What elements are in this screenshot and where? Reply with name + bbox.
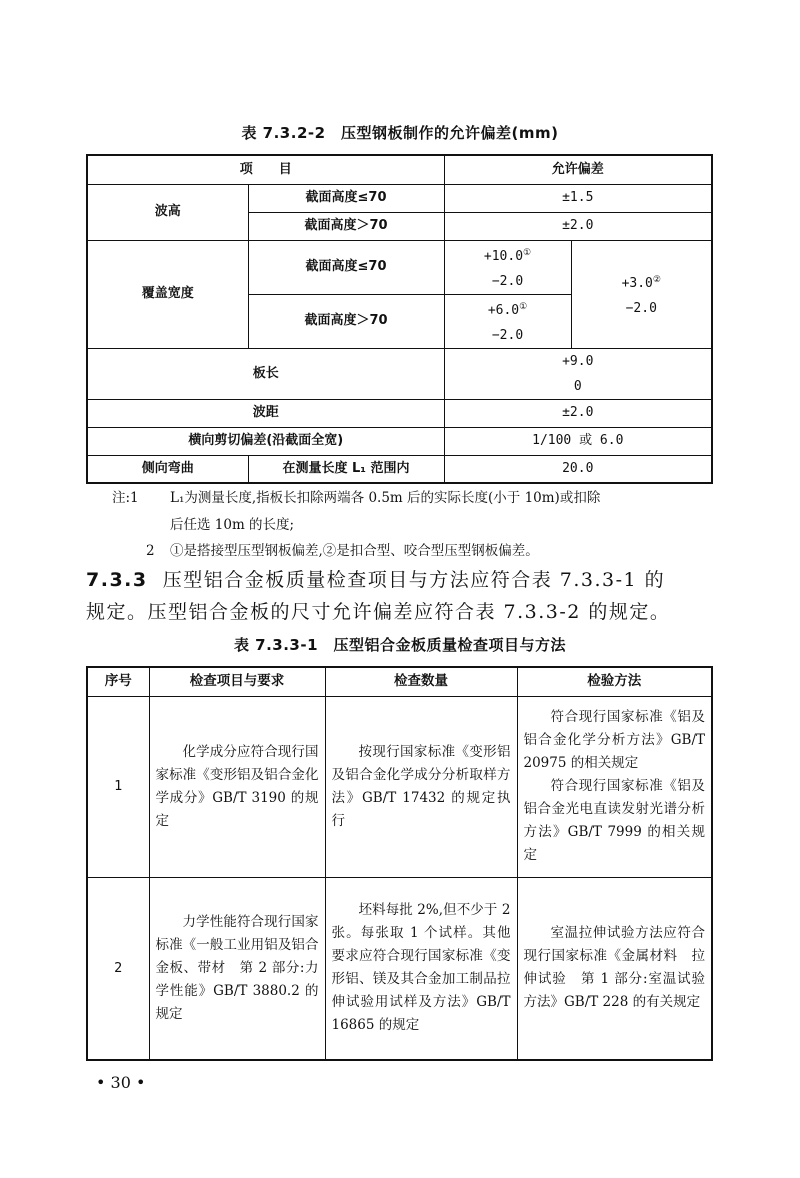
header-tolerance: 允许偏差 xyxy=(444,155,712,184)
page-number: • 30 • xyxy=(96,1073,145,1092)
row-quantity: 坯料每批 2%,但不少于 2 张。每张取 1 个试样。其他要求应符合现行国家标准… xyxy=(325,877,517,1060)
steel-plate-tolerance-table: 项 目 允许偏差 波高 截面高度≤70 ±1.5 截面高度＞70 ±2.0 覆盖… xyxy=(86,154,713,484)
section-7-3-3-line2: 规定。压型铝合金板的尺寸允许偏差应符合表 7.3.3-2 的规定。 xyxy=(86,596,716,628)
header-quantity: 检查数量 xyxy=(325,667,517,696)
wave-height-val2: ±2.0 xyxy=(444,212,712,240)
header-method: 检验方法 xyxy=(517,667,712,696)
wave-pitch-label: 波距 xyxy=(87,399,444,427)
wave-height-sub2: 截面高度＞70 xyxy=(248,212,444,240)
wave-height-sub1: 截面高度≤70 xyxy=(248,184,444,212)
table1-caption: 表 7.3.2-2 压型钢板制作的允许偏差(mm) xyxy=(0,122,800,143)
side-bend-val: 20.0 xyxy=(444,455,712,483)
header-item: 检查项目与要求 xyxy=(149,667,325,696)
wave-height-label: 波高 xyxy=(87,184,248,240)
table-row: 侧向弯曲 在测量长度 L₁ 范围内 20.0 xyxy=(87,455,712,483)
side-bend-sub: 在测量长度 L₁ 范围内 xyxy=(248,455,444,483)
side-bend-label: 侧向弯曲 xyxy=(87,455,248,483)
row-method: 符合现行国家标准《铝及铝合金化学分析方法》GB/T 20975 的相关规定 符合… xyxy=(517,696,712,877)
cover-width-val1: +10.0① −2.0 xyxy=(444,240,571,294)
row-item: 化学成分应符合现行国家标准《变形铝及铝合金化学成分》GB/T 3190 的规定 xyxy=(149,696,325,877)
table-header-row: 项 目 允许偏差 xyxy=(87,155,712,184)
table-row: 波距 ±2.0 xyxy=(87,399,712,427)
row-no: 2 xyxy=(87,877,149,1060)
row-method: 室温拉伸试验方法应符合现行国家标准《金属材料 拉伸试验 第 1 部分:室温试验方… xyxy=(517,877,712,1060)
row-item: 力学性能符合现行国家标准《一般工业用铝及铝合金板、带材 第 2 部分:力学性能》… xyxy=(149,877,325,1060)
cover-width-label: 覆盖宽度 xyxy=(87,240,248,348)
table2-caption: 表 7.3.3-1 压型铝合金板质量检查项目与方法 xyxy=(0,634,800,655)
note-1-line2: 后任选 10m 的长度; xyxy=(170,512,294,539)
cover-width-right-val: +3.0② −2.0 xyxy=(571,240,712,348)
row-quantity: 按现行国家标准《变形铝及铝合金化学成分分析取样方法》GB/T 17432 的规定… xyxy=(325,696,517,877)
header-no: 序号 xyxy=(87,667,149,696)
plate-length-val: +9.0 0 xyxy=(444,348,712,399)
plate-length-label: 板长 xyxy=(87,348,444,399)
row-no: 1 xyxy=(87,696,149,877)
aluminum-plate-inspection-table: 序号 检查项目与要求 检查数量 检验方法 1 化学成分应符合现行国家标准《变形铝… xyxy=(86,666,713,1061)
section-number: 7.3.3 xyxy=(86,569,148,591)
cover-width-sub1: 截面高度≤70 xyxy=(248,240,444,294)
note-1-line1: L₁为测量长度,指板长扣除两端各 0.5m 后的实际长度(小于 10m)或扣除 xyxy=(170,485,730,512)
table-row: 2 力学性能符合现行国家标准《一般工业用铝及铝合金板、带材 第 2 部分:力学性… xyxy=(87,877,712,1060)
shear-val: 1/100 或 6.0 xyxy=(444,427,712,455)
table-row: 横向剪切偏差(沿截面全宽) 1/100 或 6.0 xyxy=(87,427,712,455)
wave-pitch-val: ±2.0 xyxy=(444,399,712,427)
table-row: 1 化学成分应符合现行国家标准《变形铝及铝合金化学成分》GB/T 3190 的规… xyxy=(87,696,712,877)
cover-width-sub2: 截面高度＞70 xyxy=(248,294,444,348)
note-1-prefix: 注:1 xyxy=(112,485,139,512)
note-2-text: ①是搭接型压型钢板偏差,②是扣合型、咬合型压型钢板偏差。 xyxy=(170,538,539,565)
wave-height-val1: ±1.5 xyxy=(444,184,712,212)
header-item: 项 目 xyxy=(87,155,444,184)
table-row: 波高 截面高度≤70 ±1.5 xyxy=(87,184,712,212)
table-row: 覆盖宽度 截面高度≤70 +10.0① −2.0 +3.0② −2.0 xyxy=(87,240,712,294)
shear-label: 横向剪切偏差(沿截面全宽) xyxy=(87,427,444,455)
note-2-number: 2 xyxy=(146,538,155,565)
section-7-3-3-line1: 7.3.3 压型铝合金板质量检查项目与方法应符合表 7.3.3-1 的 xyxy=(86,564,716,596)
table-header-row: 序号 检查项目与要求 检查数量 检验方法 xyxy=(87,667,712,696)
table-row: 板长 +9.0 0 xyxy=(87,348,712,399)
cover-width-val2: +6.0① −2.0 xyxy=(444,294,571,348)
